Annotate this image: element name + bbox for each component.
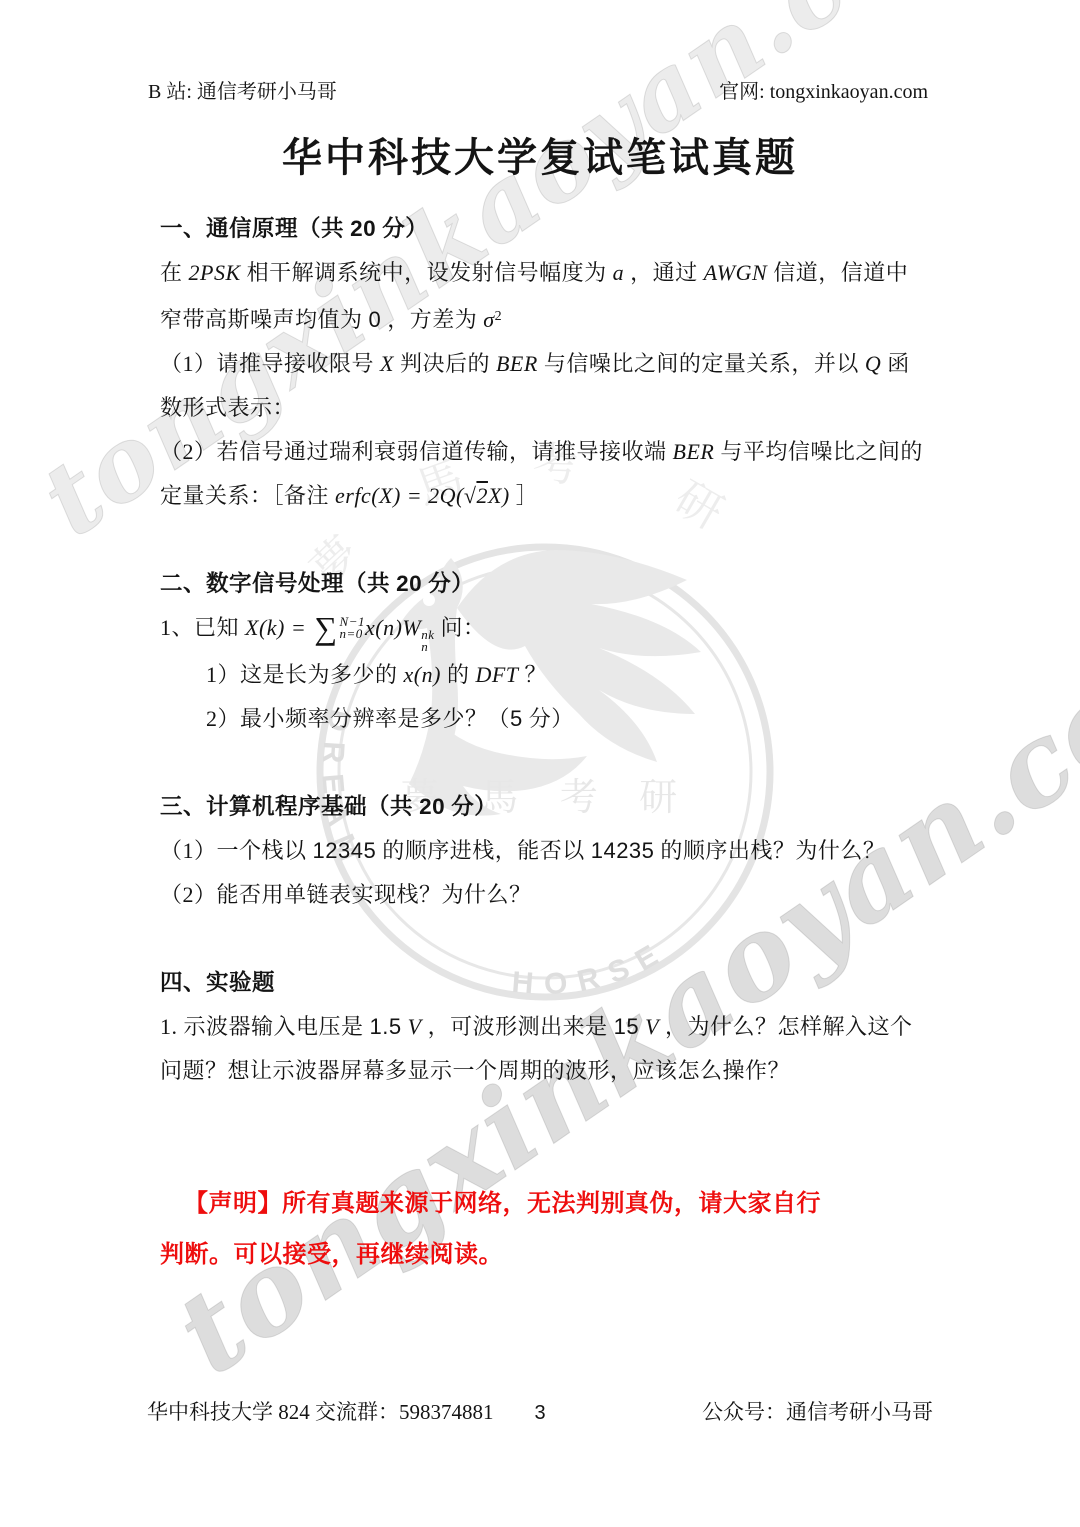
disclaimer-line: 【声明】所有真题来源于网络，无法判别真伪，请大家自行 bbox=[160, 1179, 920, 1230]
body-line: 窄带高斯噪声均值为 0 ，方差为 σ2 bbox=[160, 295, 920, 342]
document-page: tongxinkaoyan.com 夢 馬 考 研 夢 馬 考 研 DREAM bbox=[0, 0, 1080, 1527]
body-line: 1）这是长为多少的 x(n) 的 DFT ？ bbox=[160, 653, 920, 697]
section-heading: 二、数字信号处理（共 20 分） bbox=[160, 562, 920, 606]
spacer bbox=[160, 518, 920, 562]
body-line: 定量关系：［备注 erfc(X) = 2Q(√2X) ］ bbox=[160, 474, 920, 518]
body-line: 1、已知 X(k) = ∑N−1n=0x(n)Wnkn 问： bbox=[160, 606, 920, 653]
spacer bbox=[160, 917, 920, 961]
disclaimer-line: 判断。可以接受，再继续阅读。 bbox=[160, 1230, 920, 1281]
section-heading: 四、实验题 bbox=[160, 961, 920, 1005]
section-heading: 一、通信原理（共 20 分） bbox=[160, 207, 920, 251]
page-header: B 站: 通信考研小马哥 官网: tongxinkaoyan.com bbox=[0, 0, 1080, 104]
body-line: （1）请推导接收限号 X 判决后的 BER 与信噪比之间的定量关系，并以 Q 函 bbox=[160, 342, 920, 386]
body-line: （2）若信号通过瑞利衰弱信道传输，请推导接收端 BER 与平均信噪比之间的 bbox=[160, 430, 920, 474]
body-line: 在 2PSK 相干解调系统中，设发射信号幅度为 a ，通过 AWGN 信道，信道… bbox=[160, 251, 920, 295]
body-line: （2）能否用单链表实现栈？为什么？ bbox=[160, 873, 920, 917]
section-heading: 三、计算机程序基础（共 20 分） bbox=[160, 785, 920, 829]
footer-left-text: 华中科技大学 824 交流群：598374881 bbox=[147, 1398, 534, 1426]
document-content: B 站: 通信考研小马哥 官网: tongxinkaoyan.com 华中科技大… bbox=[0, 0, 1080, 1281]
document-body: 一、通信原理（共 20 分）在 2PSK 相干解调系统中，设发射信号幅度为 a … bbox=[0, 207, 1080, 1281]
body-line: （1）一个栈以 12345 的顺序进栈，能否以 14235 的顺序出栈？为什么？ bbox=[160, 829, 920, 873]
page-number: 3 bbox=[534, 1399, 545, 1427]
page-footer: 华中科技大学 824 交流群：598374881 3 公众号：通信考研小马哥 bbox=[147, 1398, 933, 1427]
body-line: 数形式表示： bbox=[160, 386, 920, 430]
page-title: 华中科技大学复试笔试真题 bbox=[0, 130, 1080, 186]
body-line: 2）最小频率分辨率是多少？（5 分） bbox=[160, 697, 920, 741]
body-line: 问题？想让示波器屏幕多显示一个周期的波形，应该怎么操作？ bbox=[160, 1049, 920, 1093]
spacer bbox=[160, 741, 920, 785]
footer-right-text: 公众号：通信考研小马哥 bbox=[546, 1398, 933, 1426]
header-left-text: B 站: 通信考研小马哥 bbox=[148, 80, 337, 104]
header-right-text: 官网: tongxinkaoyan.com bbox=[719, 80, 928, 104]
body-line: 1. 示波器输入电压是 1.5 V ，可波形测出来是 15 V ，为什么？怎样解… bbox=[160, 1005, 920, 1049]
